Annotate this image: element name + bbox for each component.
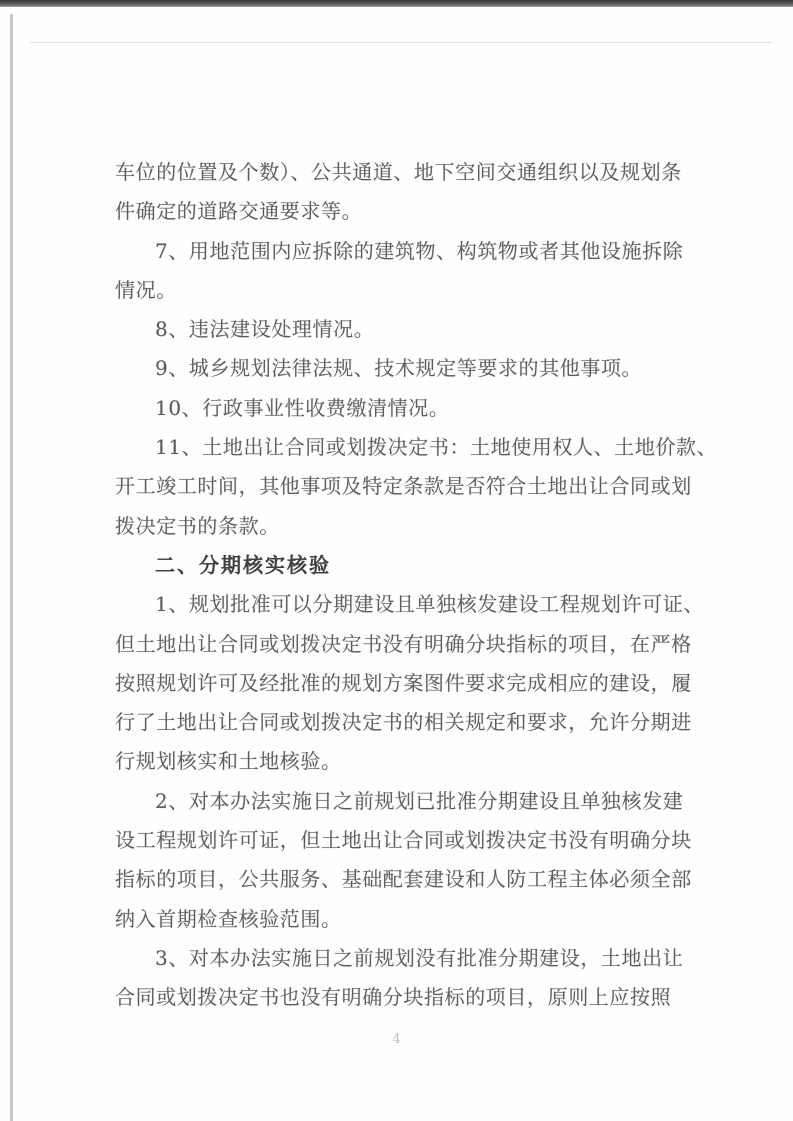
page-top-edge-line bbox=[30, 42, 772, 43]
text-line: 设工程规划许可证，但土地出让合同或划拨决定书没有明确分块 bbox=[115, 821, 697, 860]
text-line: 件确定的道路交通要求等。 bbox=[115, 192, 697, 231]
text-line: 行规划核实和土地核验。 bbox=[115, 742, 697, 781]
scanner-edge-strip bbox=[0, 0, 793, 7]
scanned-document-page: 车位的位置及个数）、公共通道、地下空间交通组织以及规划条件确定的道路交通要求等。… bbox=[0, 0, 793, 1121]
text-line: 但土地出让合同或划拨决定书没有明确分块指标的项目，在严格 bbox=[115, 625, 697, 664]
text-line: 行了土地出让合同或划拨决定书的相关规定和要求，允许分期进 bbox=[115, 703, 697, 742]
text-line: 7、用地范围内应拆除的建筑物、构筑物或者其他设施拆除 bbox=[115, 232, 697, 271]
text-line: 1、规划批准可以分期建设且单独核发建设工程规划许可证、 bbox=[115, 585, 697, 624]
text-line: 8、违法建设处理情况。 bbox=[115, 310, 697, 349]
section-heading: 二、分期核实核验 bbox=[115, 546, 697, 585]
text-line: 拨决定书的条款。 bbox=[115, 507, 697, 546]
text-line: 3、对本办法实施日之前规划没有批准分期建设，土地出让 bbox=[115, 939, 697, 978]
text-line: 11、土地出让合同或划拨决定书：土地使用权人、土地价款、 bbox=[115, 428, 697, 467]
text-line: 按照规划许可及经批准的规划方案图件要求完成相应的建设，履 bbox=[115, 664, 697, 703]
page-number: 4 bbox=[0, 1032, 793, 1047]
text-line: 车位的位置及个数）、公共通道、地下空间交通组织以及规划条 bbox=[115, 153, 697, 192]
text-line: 开工竣工时间，其他事项及特定条款是否符合土地出让合同或划 bbox=[115, 467, 697, 506]
document-body: 车位的位置及个数）、公共通道、地下空间交通组织以及规划条件确定的道路交通要求等。… bbox=[115, 153, 697, 1018]
text-line: 指标的项目，公共服务、基础配套建设和人防工程主体必须全部 bbox=[115, 860, 697, 899]
text-line: 2、对本办法实施日之前规划已批准分期建设且单独核发建 bbox=[115, 782, 697, 821]
text-line: 纳入首期检查核验范围。 bbox=[115, 900, 697, 939]
text-line: 情况。 bbox=[115, 271, 697, 310]
page-left-edge-line bbox=[10, 14, 13, 1121]
text-line: 10、行政事业性收费缴清情况。 bbox=[115, 389, 697, 428]
text-line: 合同或划拨决定书也没有明确分块指标的项目，原则上应按照 bbox=[115, 978, 697, 1017]
text-line: 9、城乡规划法律法规、技术规定等要求的其他事项。 bbox=[115, 349, 697, 388]
